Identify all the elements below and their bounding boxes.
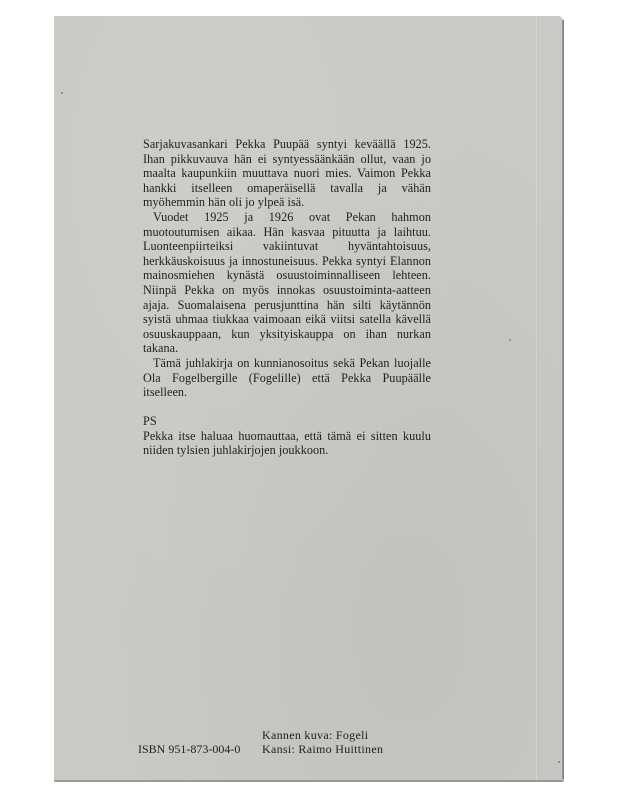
book-back-cover: Sarjakuvasankari Pekka Puupää syntyi kev… xyxy=(54,16,563,781)
paper-speck xyxy=(61,92,63,94)
cover-bottom-edge xyxy=(54,780,563,782)
blurb-paragraph: Sarjakuvasankari Pekka Puupää syntyi kev… xyxy=(143,137,431,210)
postscript-label: PS xyxy=(143,414,431,429)
blurb-paragraph: Tämä juhlakirja on kunnianosoitus sekä P… xyxy=(143,356,431,400)
cover-design-credit: Kansi: Raimo Huittinen xyxy=(262,742,383,756)
isbn-number: ISBN 951-873-004-0 xyxy=(138,742,240,756)
postscript: PS Pekka itse haluaa huomauttaa, että tä… xyxy=(143,414,431,458)
cover-image-credit: Kannen kuva: Fogeli xyxy=(262,728,383,742)
cover-right-edge xyxy=(562,20,564,779)
paper-speck xyxy=(509,339,511,341)
paper-speck xyxy=(558,761,560,763)
blurb-paragraph: Vuodet 1925 ja 1926 ovat Pekan hahmon mu… xyxy=(143,210,431,356)
back-cover-blurb: Sarjakuvasankari Pekka Puupää syntyi kev… xyxy=(143,137,431,458)
cover-credits: Kannen kuva: Fogeli Kansi: Raimo Huittin… xyxy=(262,728,383,757)
spine-crease xyxy=(536,16,538,781)
postscript-text: Pekka itse haluaa huomauttaa, että tämä … xyxy=(143,429,431,458)
